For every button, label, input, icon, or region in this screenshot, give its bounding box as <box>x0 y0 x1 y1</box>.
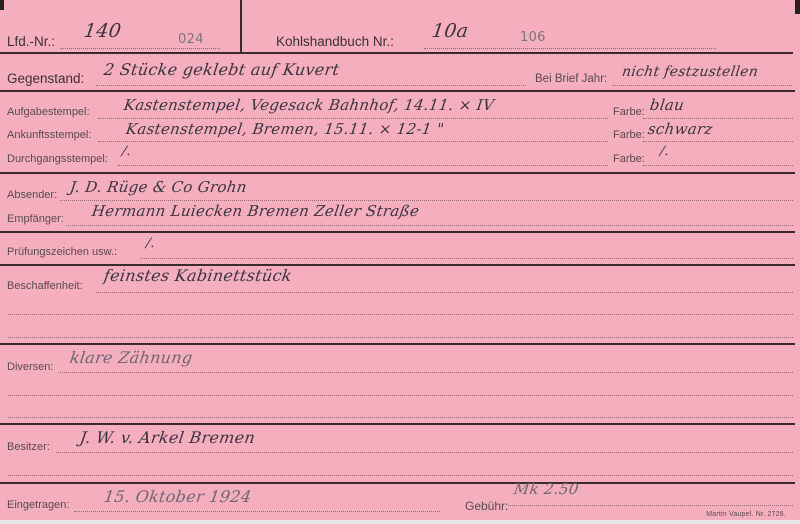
kohlshandbuch-pencil-value: 106 <box>520 30 546 45</box>
ankunftsstempel-value: Kastenstempel, Bremen, 15.11. × 12-1 " <box>125 120 446 138</box>
gebuehr-value: Mk 2.50 <box>513 480 580 498</box>
absender-label: Absender: <box>7 189 57 201</box>
pruefungszeichen-value: /. <box>145 236 156 251</box>
gegenstand-label: Gegenstand: <box>7 71 84 86</box>
kohlshandbuch-line <box>424 48 716 49</box>
beschaffenheit-label: Beschaffenheit: <box>7 280 83 292</box>
durchgangsstempel-line <box>118 165 608 166</box>
empfaenger-line <box>66 225 793 226</box>
beschaffenheit-line-2 <box>8 314 793 315</box>
gegenstand-value: 2 Stücke geklebt auf Kuvert <box>103 60 341 79</box>
beschaffenheit-line-3 <box>8 337 793 338</box>
lfd-nr-pencil-value: 024 <box>178 32 204 47</box>
printer-mark: Martin Vaupel. Nr. 2726. <box>706 511 786 518</box>
aufgabe-farbe-value: blau <box>649 96 686 114</box>
ankunft-farbe-value: schwarz <box>647 120 714 138</box>
besitzer-line-2 <box>8 475 793 476</box>
lfd-nr-label: Lfd.-Nr.: <box>7 34 55 49</box>
rule <box>0 343 795 345</box>
besitzer-line <box>56 452 793 453</box>
eingetragen-line <box>74 511 440 512</box>
besitzer-label: Besitzer: <box>7 441 50 453</box>
diversen-line <box>58 372 793 373</box>
absender-value: J. D. Rüge & Co Grohn <box>69 178 248 196</box>
durchgang-farbe-label: Farbe: <box>613 153 645 165</box>
registration-card: Lfd.-Nr.: 140 024 Kohlshandbuch Nr.: 10a… <box>0 0 800 524</box>
ankunft-farbe-label: Farbe: <box>613 129 645 141</box>
aufgabestempel-line <box>98 118 608 119</box>
bei-brief-jahr-line <box>612 85 792 86</box>
aufgabestempel-label: Aufgabestempel: <box>7 106 90 118</box>
rule <box>0 423 795 425</box>
durchgangsstempel-value: /. <box>121 144 132 159</box>
rule <box>0 172 795 174</box>
card-edge-shadow <box>795 0 800 14</box>
diversen-line-2 <box>8 395 793 396</box>
gegenstand-line <box>96 85 526 86</box>
lfd-nr-line <box>60 48 220 49</box>
lfd-nr-value: 140 <box>82 20 122 42</box>
aufgabe-farbe-label: Farbe: <box>613 106 645 118</box>
pruefungszeichen-label: Prüfungszeichen usw.: <box>7 246 117 258</box>
beschaffenheit-value: feinstes Kabinettstück <box>103 266 294 285</box>
kohlshandbuch-value: 10a <box>430 20 469 42</box>
aufgabestempel-value: Kastenstempel, Vegesack Bahnhof, 14.11. … <box>123 96 496 114</box>
ankunftsstempel-line <box>98 141 608 142</box>
empfaenger-label: Empfänger: <box>7 213 64 225</box>
gebuehr-line <box>508 505 793 506</box>
diversen-value: klare Zähnung <box>69 348 194 367</box>
header-divider <box>240 0 242 53</box>
bei-brief-jahr-label: Bei Brief Jahr: <box>535 73 607 85</box>
bei-brief-jahr-value: nicht festzustellen <box>621 64 759 80</box>
besitzer-value: J. W. v. Arkel Bremen <box>79 428 257 447</box>
card-bottom-edge <box>0 520 800 524</box>
durchgang-farbe-line <box>643 165 793 166</box>
rule <box>0 90 795 92</box>
kohlshandbuch-label: Kohlshandbuch Nr.: <box>276 34 394 49</box>
eingetragen-label: Eingetragen: <box>7 499 69 511</box>
card-edge-shadow <box>0 0 4 10</box>
ankunft-farbe-line <box>643 141 793 142</box>
aufgabe-farbe-line <box>643 118 793 119</box>
durchgang-farbe-value: /. <box>659 144 670 159</box>
rule <box>0 231 795 233</box>
gebuehr-label: Gebühr: <box>465 499 508 513</box>
durchgangsstempel-label: Durchgangsstempel: <box>7 153 108 165</box>
ankunftsstempel-label: Ankunftsstempel: <box>7 129 91 141</box>
rule <box>0 52 793 54</box>
empfaenger-value: Hermann Luiecken Bremen Zeller Straße <box>91 202 421 220</box>
diversen-line-3 <box>8 417 793 418</box>
absender-line <box>60 200 793 201</box>
diversen-label: Diversen: <box>7 361 53 373</box>
rule <box>0 482 795 484</box>
beschaffenheit-line <box>96 292 793 293</box>
eingetragen-value: 15. Oktober 1924 <box>103 487 253 506</box>
pruefungszeichen-line <box>140 258 793 259</box>
